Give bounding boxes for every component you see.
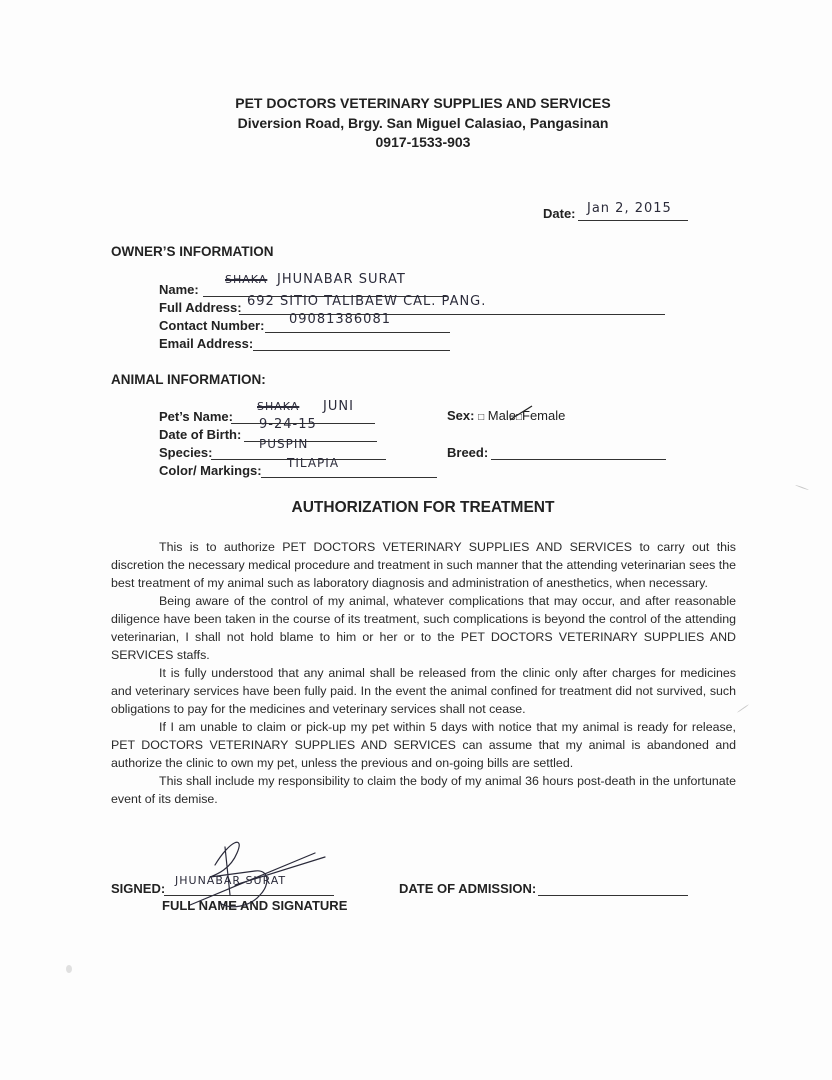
animal-info-title: ANIMAL INFORMATION: — [111, 372, 266, 387]
owner-contact-field[interactable]: Contact Number: 09081386081 — [159, 317, 264, 335]
sex-female-checkbox[interactable]: □ — [516, 412, 522, 423]
checkmark-icon — [508, 404, 534, 424]
owner-name-field[interactable]: Name: SHAKA JHUNABAR SURAT — [159, 281, 199, 299]
paper-speck — [795, 485, 808, 491]
owner-address-value: 692 SITIO TALIBAEW CAL. PANG. — [247, 294, 486, 309]
species-field[interactable]: Species: PUSPIN — [159, 444, 212, 462]
authorization-title: AUTHORIZATION FOR TREATMENT — [0, 499, 832, 517]
business-phone: 0917-1533-903 — [0, 134, 832, 150]
signature-icon — [175, 835, 335, 915]
date-label: Date: — [543, 206, 576, 221]
date-value: Jan 2, 2015 — [587, 201, 672, 216]
pet-name-field[interactable]: Pet’s Name: SHAKA JUNI — [159, 408, 233, 426]
color-value: TILAPIA — [287, 456, 339, 470]
owner-email-field[interactable]: Email Address: — [159, 335, 253, 353]
signed-field[interactable]: SIGNED: JHUNABAR SURAT — [111, 880, 165, 898]
species-value: PUSPIN — [259, 437, 308, 451]
color-field[interactable]: Color/ Markings: TILAPIA — [159, 462, 262, 480]
owner-name-struck: SHAKA — [225, 273, 267, 286]
dob-value: 9-24-15 — [259, 417, 317, 432]
authorization-paragraph: It is fully understood that any animal s… — [111, 664, 736, 718]
owner-address-field[interactable]: Full Address: 692 SITIO TALIBAEW CAL. PA… — [159, 299, 242, 317]
authorization-paragraph: If I am unable to claim or pick-up my pe… — [111, 718, 736, 772]
authorization-paragraph: This shall include my responsibility to … — [111, 772, 736, 808]
authorization-paragraph: This is to authorize PET DOCTORS VETERIN… — [111, 538, 736, 592]
admission-date-label: DATE OF ADMISSION: — [399, 881, 536, 896]
sex-field: Sex: □ Male□Female — [447, 408, 565, 423]
sex-male-checkbox[interactable]: □ — [478, 412, 484, 423]
paper-speck — [737, 704, 749, 713]
pet-name-struck: SHAKA — [257, 400, 299, 413]
paper-speck — [66, 965, 72, 973]
signed-label: SIGNED: — [111, 881, 165, 896]
dob-label: Date of Birth: — [159, 427, 241, 442]
dob-field[interactable]: Date of Birth: 9-24-15 — [159, 426, 241, 444]
pet-name-label: Pet’s Name: — [159, 409, 233, 424]
owner-name-value: JHUNABAR SURAT — [277, 272, 406, 287]
breed-line — [491, 444, 666, 460]
breed-field[interactable]: Breed: — [447, 444, 488, 462]
owner-contact-label: Contact Number: — [159, 318, 264, 333]
owner-contact-value: 09081386081 — [289, 312, 391, 327]
owner-info-title: OWNER’S INFORMATION — [111, 244, 274, 259]
species-label: Species: — [159, 445, 212, 460]
admission-date-field[interactable]: DATE OF ADMISSION: — [399, 880, 536, 898]
owner-address-label: Full Address: — [159, 300, 242, 315]
date-field[interactable]: Date: Jan 2, 2015 — [543, 205, 576, 223]
owner-email-label: Email Address: — [159, 336, 253, 351]
sex-label: Sex: — [447, 408, 474, 423]
breed-label: Breed: — [447, 445, 488, 460]
business-name: PET DOCTORS VETERINARY SUPPLIES AND SERV… — [0, 95, 832, 111]
owner-email-line — [253, 335, 450, 351]
pet-name-value: JUNI — [323, 399, 354, 414]
business-address: Diversion Road, Brgy. San Miguel Calasia… — [0, 115, 832, 131]
authorization-body: This is to authorize PET DOCTORS VETERIN… — [111, 538, 736, 808]
color-label: Color/ Markings: — [159, 463, 262, 478]
owner-name-label: Name: — [159, 282, 199, 297]
authorization-paragraph: Being aware of the control of my animal,… — [111, 592, 736, 664]
admission-date-line — [538, 880, 688, 896]
